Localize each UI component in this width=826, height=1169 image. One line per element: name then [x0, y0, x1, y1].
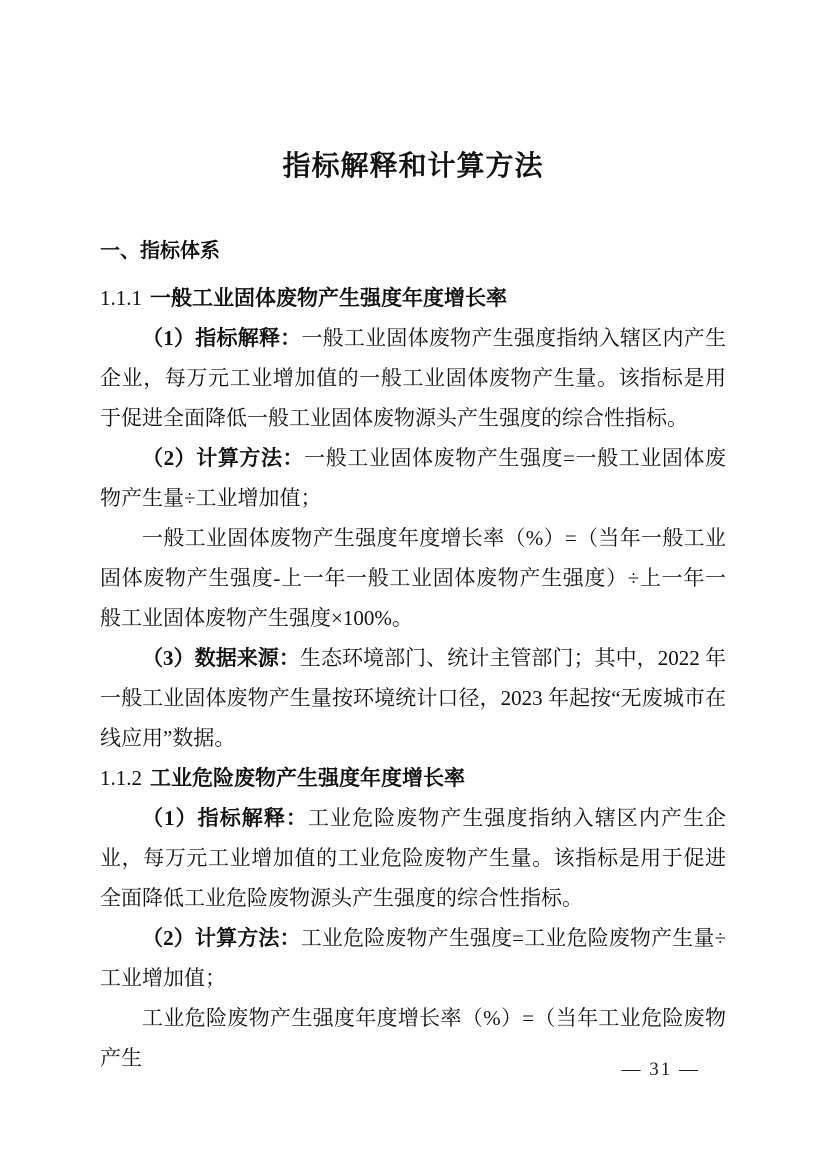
heading-1-1-1-title: 一般工业固体废物产生强度年度增长率 — [150, 286, 507, 310]
paragraph-112-calculation-method: （2）计算方法：工业危险废物产生强度=工业危险废物产生量÷工业增加值； — [100, 918, 726, 998]
paragraph-111-indicator-explanation: （1）指标解释：一般工业固体废物产生强度指纳入辖区内产生企业，每万元工业增加值的… — [100, 318, 726, 438]
paragraph-111-explanation-label: （1）指标解释： — [142, 326, 301, 350]
section-heading-indicator-system: 一、指标体系 — [100, 236, 726, 266]
page-number: — 31 — — [622, 1058, 701, 1082]
paragraph-111-calculation-label: （2）计算方法： — [142, 446, 304, 470]
paragraph-111-growth-rate-formula: 一般工业固体废物产生强度年度增长率（%）=（当年一般工业固体废物产生强度-上一年… — [100, 518, 726, 638]
document-page: 指标解释和计算方法 一、指标体系 1.1.1一般工业固体废物产生强度年度增长率 … — [0, 0, 826, 1169]
document-content: 指标解释和计算方法 一、指标体系 1.1.1一般工业固体废物产生强度年度增长率 … — [100, 148, 726, 1078]
heading-1-1-2-number: 1.1.2 — [100, 766, 142, 790]
paragraph-112-explanation-label: （1）指标解释： — [142, 806, 308, 830]
paragraph-111-calculation-method: （2）计算方法：一般工业固体废物产生强度=一般工业固体废物产生量÷工业增加值； — [100, 438, 726, 518]
paragraph-112-indicator-explanation: （1）指标解释：工业危险废物产生强度指纳入辖区内产生企业，每万元工业增加值的工业… — [100, 798, 726, 918]
paragraph-111-data-source-label: （3）数据来源： — [142, 646, 300, 670]
heading-1-1-2: 1.1.2工业危险废物产生强度年度增长率 — [100, 758, 726, 798]
paragraph-112-calculation-label: （2）计算方法： — [142, 926, 301, 950]
heading-1-1-2-title: 工业危险废物产生强度年度增长率 — [150, 766, 465, 790]
heading-1-1-1-number: 1.1.1 — [100, 286, 142, 310]
paragraph-111-data-source: （3）数据来源：生态环境部门、统计主管部门；其中，2022 年一般工业固体废物产… — [100, 638, 726, 758]
document-title: 指标解释和计算方法 — [100, 148, 726, 186]
paragraph-111-formula-text: 一般工业固体废物产生强度年度增长率（%）=（当年一般工业固体废物产生强度-上一年… — [100, 526, 726, 630]
heading-1-1-1: 1.1.1一般工业固体废物产生强度年度增长率 — [100, 278, 726, 318]
